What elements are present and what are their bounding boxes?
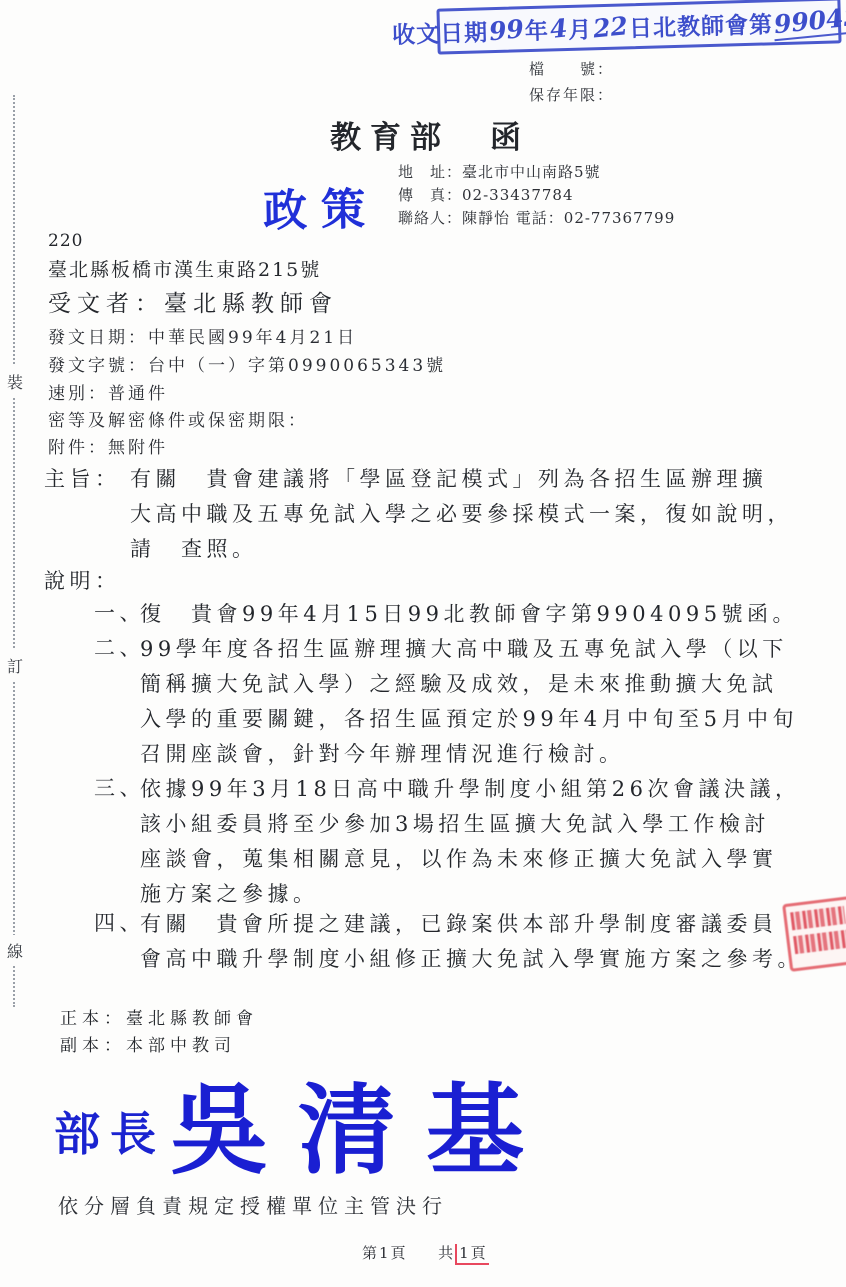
minister-title: 部長 xyxy=(54,1098,166,1164)
original-copy-line: 正本：臺北縣教師會 xyxy=(60,1004,258,1029)
file-header: 檔 號： 保存年限： xyxy=(529,56,614,108)
receive-date-stamp: 收文日期99年4月22日北教師會第99043號 xyxy=(436,0,841,55)
explanation-item-1: 一、 復 貴會99年4月15日99北教師會字第9904095號函。 xyxy=(94,597,846,632)
explanation-item-3: 三、 依據99年3月18日高中職升學制度小組第26次會議決議， 該小組委員將至少… xyxy=(94,772,846,912)
attachment-line: 附件：無附件 xyxy=(48,433,168,458)
stamp-handwritten-year: 99 xyxy=(487,13,526,45)
binding-dotted-line xyxy=(13,95,15,1007)
subject-line-3: 請 查照。 xyxy=(130,533,258,563)
explanation-item-4: 四、 有關 貴會所提之建議，已錄案供本部升學制度審議委員 會高中職升學制度小組修… xyxy=(94,907,846,977)
policy-stamp: 政策 xyxy=(262,173,379,239)
margin-mark-ding: 訂 xyxy=(5,650,25,681)
recipient-line: 受文者：臺北縣教師會 xyxy=(48,285,338,318)
retention-label: 保存年限： xyxy=(529,82,614,108)
minister-signature: 吳清基 xyxy=(170,1052,554,1193)
stamp-handwritten-month: 4 xyxy=(547,13,569,44)
contact-address: 地 址：臺北市中山南路5號 xyxy=(398,161,675,184)
security-line: 密等及解密條件或保密期限： xyxy=(48,406,308,431)
item-number: 四、 xyxy=(94,907,145,937)
recipient-address: 臺北縣板橋市漢生東路215號 xyxy=(48,255,321,282)
item-number: 三、 xyxy=(94,772,145,802)
total-pages-marked: 1頁 xyxy=(455,1244,489,1265)
postal-code: 220 xyxy=(48,231,83,251)
contact-person: 聯絡人：陳靜怡 電話：02-77367799 xyxy=(398,207,675,230)
red-seal-stamp xyxy=(782,896,846,972)
issue-date-line: 發文日期：中華民國99年4月21日 xyxy=(48,323,357,348)
contact-block: 地 址：臺北市中山南路5號 傳 真：02-33437784 聯絡人：陳靜怡 電話… xyxy=(398,161,675,230)
item-number: 二、 xyxy=(94,632,145,662)
file-no-label: 檔 號： xyxy=(529,56,614,82)
seal-text-row xyxy=(793,930,846,954)
doc-number-line: 發文字號：台中（一）字第0990065343號 xyxy=(48,351,446,376)
contact-fax: 傳 真：02-33437784 xyxy=(398,184,675,207)
speed-line: 速別：普通件 xyxy=(48,379,168,404)
total-pages-prefix: 共 xyxy=(438,1244,455,1262)
document-page: { "receive_stamp": { "parts": ["收文日期", "… xyxy=(0,0,846,1287)
seal-text-row xyxy=(790,906,846,930)
stamp-handwritten-number: 99043 xyxy=(772,1,846,41)
item-number: 一、 xyxy=(94,597,145,627)
margin-mark-xian: 線 xyxy=(5,935,25,966)
explanation-item-2: 二、 99學年度各招生區辦理擴大高中職及五專免試入學（以下 簡稱擴大免試入學）之… xyxy=(94,632,846,772)
document-title: 教育部 函 xyxy=(330,112,530,157)
subject-line-1: 有關 貴會建議將「學區登記模式」列為各招生區辦理擴 xyxy=(130,463,768,493)
margin-mark-zhuang: 裝 xyxy=(5,366,25,397)
page-footer: 第1頁 共1頁 xyxy=(362,1242,489,1263)
delegation-note: 依分層負責規定授權單位主管決行 xyxy=(58,1190,448,1219)
page-number: 第1頁 xyxy=(362,1244,408,1262)
subject-line-2: 大高中職及五專免試入學之必要參採模式一案，復如說明， xyxy=(130,498,793,528)
stamp-text: 收文日期 xyxy=(392,14,489,50)
stamp-handwritten-day: 22 xyxy=(591,11,630,43)
explanation-label: 說明： xyxy=(44,565,121,595)
subject-label: 主旨： xyxy=(44,463,121,493)
